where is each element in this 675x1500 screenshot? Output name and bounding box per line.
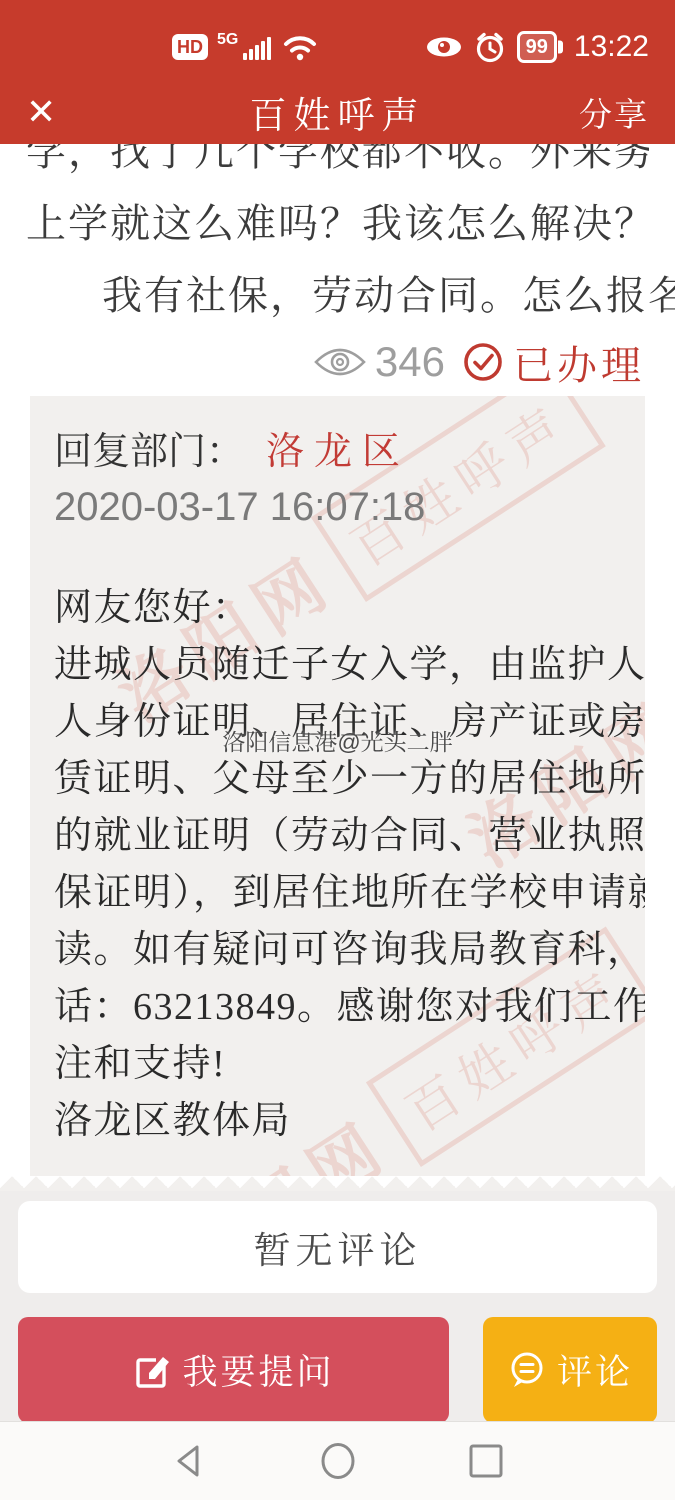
reply-line: 保证明），到居住地所在学校申请就 (54, 865, 621, 922)
reply-card: 洛阳网 百姓呼声 洛阳网 百姓呼声 洛阳网 百姓呼声 洛阳信息港@光头二胖 回复… (30, 396, 645, 1176)
battery-percent: 99 (526, 36, 548, 58)
battery-icon: 99 (517, 31, 557, 63)
question-section: 学，找了几个学校都不收。外来务工人员 上学就这么难吗？我该怎么解决？ 我有社保，… (0, 144, 675, 390)
reply-line: 人身份证明、居住证、房产证或房屋租 (54, 694, 621, 751)
question-line: 我有社保，劳动合同。怎么报名？ (26, 260, 649, 332)
comment-button[interactable]: 评论 (483, 1317, 657, 1421)
signal-icon (243, 34, 273, 61)
reply-dept-row: 回复部门：洛龙区 (54, 420, 621, 475)
close-icon[interactable]: ✕ (26, 94, 56, 130)
question-line: 学，找了几个学校都不收。外来务工人员 (26, 144, 649, 188)
status-bar: HD 5G (0, 0, 675, 80)
card-torn-edge (0, 1176, 675, 1191)
wifi-icon (282, 33, 318, 61)
question-clipped-line-wrap: 学，找了几个学校都不收。外来务工人员 (26, 144, 649, 188)
clock-label: 13:22 (574, 30, 649, 64)
recents-icon[interactable] (464, 1439, 508, 1483)
network-type-label: 5G (217, 31, 238, 49)
reply-line: 注和支持! (54, 1036, 621, 1093)
home-icon[interactable] (316, 1439, 360, 1483)
comments-section: 暂无评论 我要提问 评论 (0, 1191, 675, 1421)
stats-row: 346 已办理 (26, 334, 649, 390)
reply-line: 赁证明、父母至少一方的居住地所在区 (54, 751, 621, 808)
status-left-cluster: HD 5G (172, 33, 318, 61)
ask-question-button[interactable]: 我要提问 (18, 1317, 449, 1421)
edit-icon (132, 1350, 172, 1390)
reply-line: 的就业证明（劳动合同、营业执照、社 (54, 808, 621, 865)
app-bar: ✕ 百姓呼声 分享 (0, 80, 675, 144)
reply-dept-name[interactable]: 洛龙区 (266, 431, 410, 473)
share-button[interactable]: 分享 (579, 89, 649, 136)
reply-dept-label: 回复部门： (54, 431, 244, 473)
hd-icon: HD (172, 34, 208, 60)
views-count: 346 (375, 338, 445, 386)
page-title: 百姓呼声 (250, 85, 426, 139)
empty-comments-card: 暂无评论 (18, 1201, 657, 1293)
status-badge: 已办理 (513, 334, 645, 391)
reply-line: 读。如有疑问可咨询我局教育科，电 (54, 922, 621, 979)
comment-label: 评论 (557, 1345, 633, 1395)
back-icon[interactable] (168, 1439, 212, 1483)
alarm-icon (474, 31, 506, 63)
status-right-cluster: 99 13:22 (425, 30, 649, 64)
ask-question-label: 我要提问 (182, 1345, 334, 1395)
reply-line: 进城人员随迁子女入学，由监护人持本 (54, 637, 621, 694)
check-circle-icon (462, 341, 504, 383)
eye-protection-icon (425, 34, 463, 60)
reply-body: 网友您好： 进城人员随迁子女入学，由监护人持本 人身份证明、居住证、房产证或房屋… (54, 580, 621, 1150)
question-line: 上学就这么难吗？我该怎么解决？ (26, 188, 649, 260)
reply-line: 话：63213849。感谢您对我们工作的关 (54, 979, 621, 1036)
eye-icon (314, 344, 366, 380)
reply-line: 网友您好： (54, 580, 621, 637)
comment-bubble-icon (507, 1350, 547, 1390)
action-row: 我要提问 评论 (18, 1317, 657, 1421)
android-nav-bar (0, 1421, 675, 1500)
reply-line: 洛龙区教体局 (54, 1093, 621, 1150)
phone-screen: HD 5G (0, 0, 675, 1500)
reply-datetime: 2020-03-17 16:07:18 (54, 485, 621, 530)
